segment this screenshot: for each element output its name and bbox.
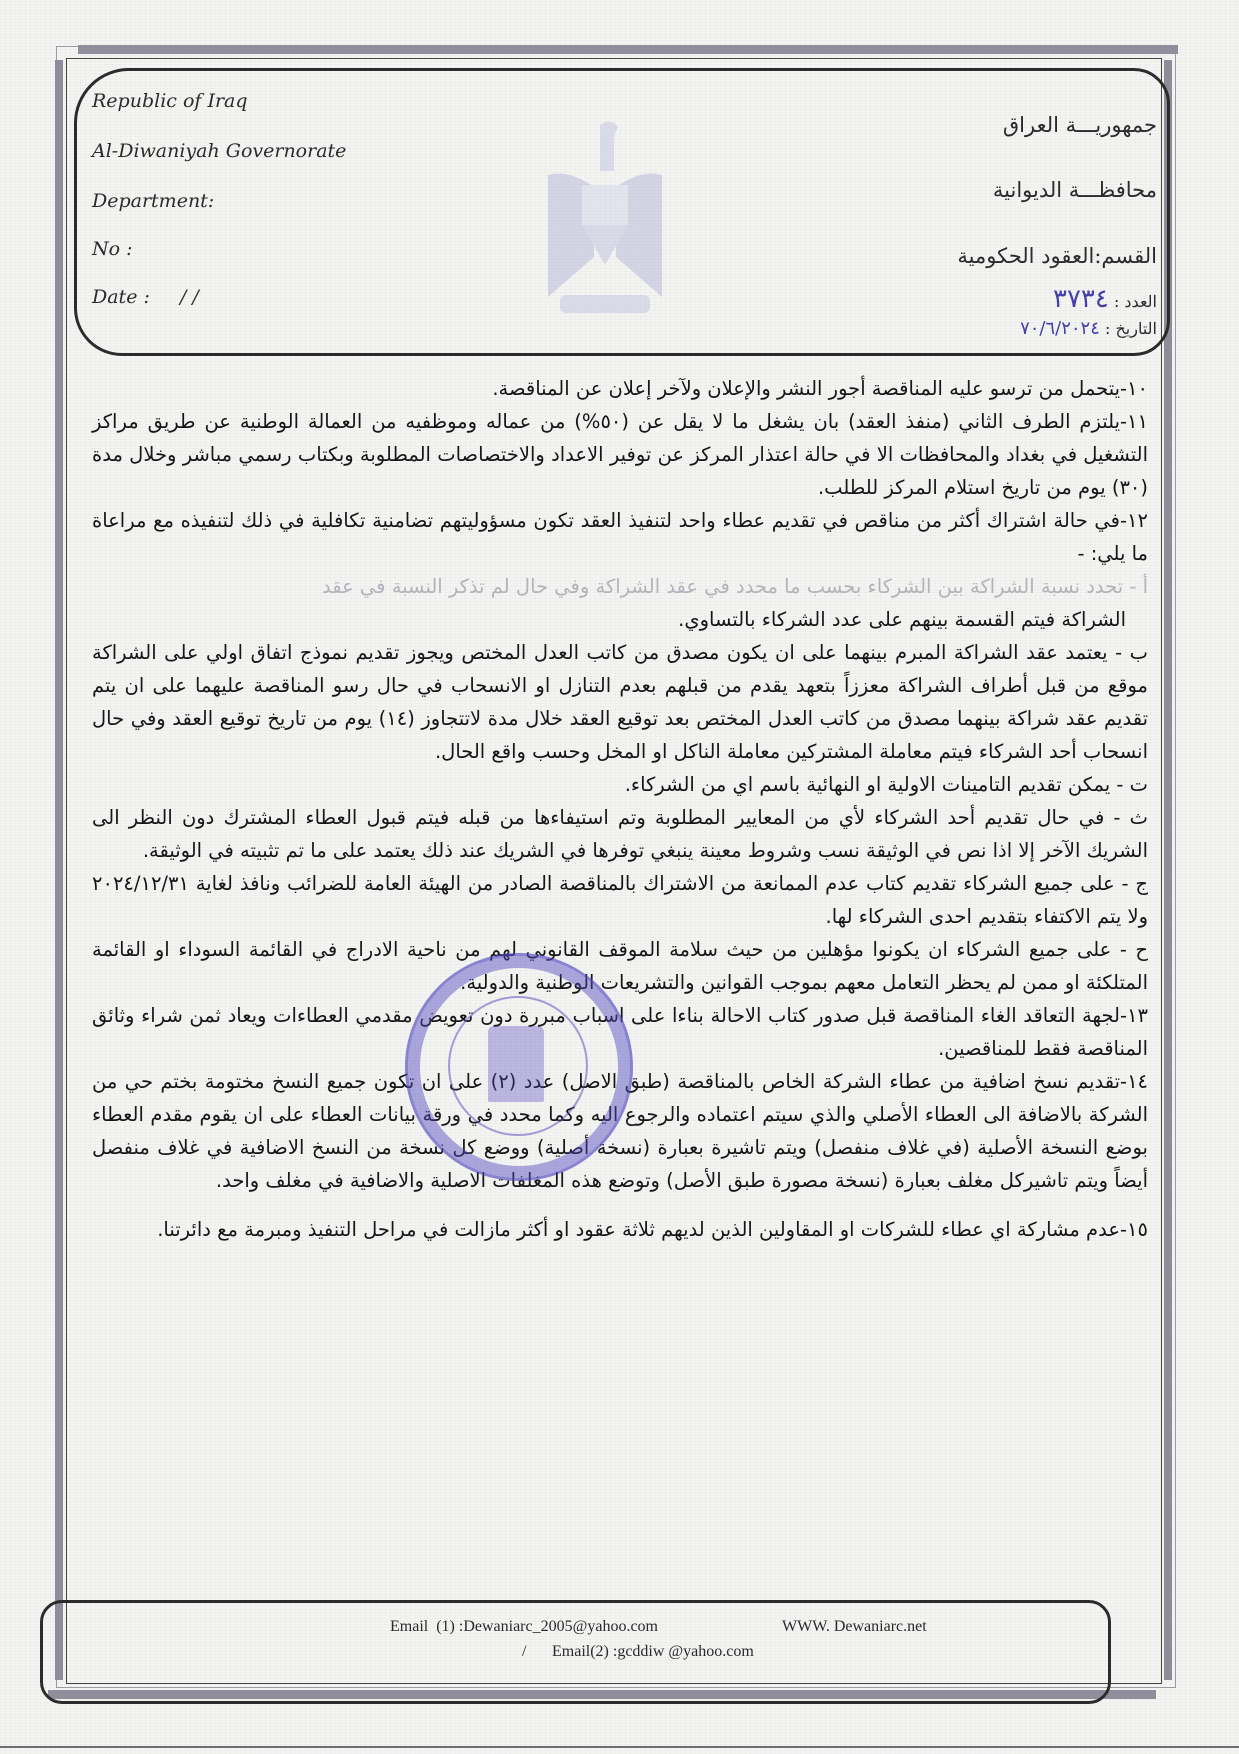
header-governorate-ar: محافظـــة الديوانية	[993, 178, 1157, 202]
date-value: / /	[180, 286, 199, 308]
date-value-handwritten: ٧٠/٦/٢٠٢٤	[1020, 318, 1100, 339]
header-date-label-en: Date : / /	[92, 286, 199, 308]
number-value-handwritten: ٣٧٣٤	[1053, 284, 1109, 314]
clause-12b: ب - يعتمد عقد الشراكة المبرم بينهما على …	[92, 636, 1148, 768]
header-country-en: Republic of Iraq	[92, 90, 248, 112]
footer-website[interactable]: WWW. Dewaniarc.net	[782, 1618, 927, 1636]
header-number-label-en: No :	[92, 238, 133, 260]
clause-13: ١٣-لجهة التعاقد الغاء المناقصة قبل صدور …	[92, 999, 1148, 1065]
clause-15: ١٥-عدم مشاركة اي عطاء للشركات او المقاول…	[92, 1213, 1148, 1246]
clause-12a-continued: الشراكة فيتم القسمة بينهم على عدد الشركا…	[92, 603, 1148, 636]
clause-12c: ت - يمكن تقديم التامينات الاولية او النه…	[92, 768, 1148, 801]
clause-12f: ح - على جميع الشركاء ان يكونوا مؤهلين من…	[92, 933, 1148, 999]
date-label: Date :	[92, 286, 150, 308]
header-country-ar: جمهوريـــة العراق	[1003, 113, 1157, 137]
clause-12a-faded: أ - تحدد نسبة الشراكة بين الشركاء بحسب م…	[92, 570, 1148, 603]
clause-12e: ج - على جميع الشركاء تقديم كتاب عدم المم…	[92, 867, 1148, 933]
header-date-ar: التاريخ : ٧٠/٦/٢٠٢٤	[1020, 318, 1157, 339]
number-label-ar: العدد :	[1114, 292, 1157, 311]
date-label-ar: التاريخ :	[1105, 319, 1157, 338]
header-department-label-en: Department:	[92, 190, 214, 212]
clause-12: ١٢-في حالة اشتراك أكثر من مناقص في تقديم…	[92, 504, 1148, 570]
footer-email-2[interactable]: Email(2) :gcddiw @yahoo.com	[552, 1643, 754, 1661]
header-number-ar: العدد : ٣٧٣٤	[1053, 284, 1157, 314]
clause-10: ١٠-يتحمل من ترسو عليه المناقصة أجور النش…	[92, 372, 1148, 405]
page-frame-bar-top	[78, 45, 1178, 54]
document-body: ١٠-يتحمل من ترسو عليه المناقصة أجور النش…	[92, 372, 1148, 1246]
header-department-ar: القسم:العقود الحكومية	[957, 244, 1157, 268]
page-frame-bar-left	[55, 60, 63, 1680]
spacer	[92, 1197, 1148, 1213]
header-governorate-en: Al-Diwaniyah Governorate	[92, 140, 346, 162]
clause-12d: ث - في حال تقديم أحد الشركاء لأي من المع…	[92, 801, 1148, 867]
clause-14: ١٤-تقديم نسخ اضافية من عطاء الشركة الخاص…	[92, 1065, 1148, 1197]
iraq-eagle-emblem-icon	[540, 115, 670, 335]
footer-email-1[interactable]: Email (1) :Dewaniarc_2005@yahoo.com	[390, 1618, 658, 1636]
footer-separator: /	[522, 1643, 526, 1661]
clause-11: ١١-يلتزم الطرف الثاني (منفذ العقد) بان ي…	[92, 405, 1148, 504]
scan-bottom-edge	[0, 1746, 1239, 1748]
